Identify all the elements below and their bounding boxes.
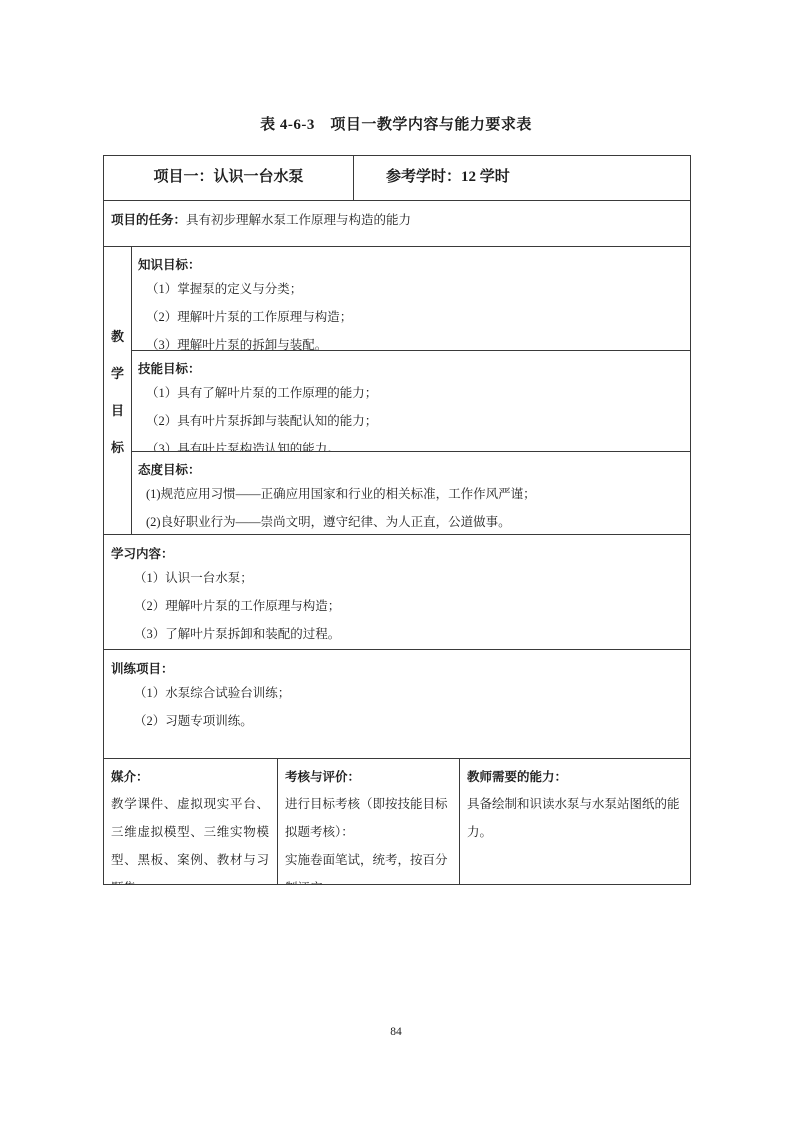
- skill-objectives-heading: 技能目标：: [132, 351, 690, 379]
- table-bottom-row: 媒介： 教学课件、虚拟现实平台、三维虚拟模型、三维实物模型、黑板、案例、教材与习…: [104, 758, 690, 884]
- training-items-row: 训练项目： （1）水泵综合试验台训练； （2）习题专项训练。: [104, 649, 690, 758]
- project-task-row: 项目的任务：具有初步理解水泵工作原理与构造的能力: [104, 200, 690, 246]
- knowledge-objectives-heading: 知识目标：: [132, 247, 690, 275]
- project-task-label: 项目的任务：: [111, 213, 186, 227]
- teacher-ability-text: 具备绘制和识读水泵与水泵站图纸的能力。: [467, 790, 682, 846]
- side-label-char: 目: [111, 400, 124, 419]
- teaching-objectives-side-label: 教 学 目 标: [104, 247, 132, 534]
- teaching-objectives-row: 教 学 目 标 知识目标： （1）掌握泵的定义与分类； （2）理解叶片泵的工作原…: [104, 246, 690, 534]
- project-task-text: 具有初步理解水泵工作原理与构造的能力: [186, 213, 411, 227]
- learning-content-heading: 学习内容：: [104, 535, 690, 564]
- training-items-heading: 训练项目：: [104, 650, 690, 679]
- assessment-cell: 考核与评价： 进行目标考核（即按技能目标拟题考核）： 实施卷面笔试，统考，按百分…: [277, 759, 459, 884]
- objective-item: (2)良好职业行为——崇尚文明，遵守纪律、为人正直，公道做事。: [132, 508, 690, 534]
- requirements-table: 项目一：认识一台水泵 参考学时：12 学时 项目的任务：具有初步理解水泵工作原理…: [103, 155, 691, 885]
- teacher-ability-heading: 教师需要的能力：: [467, 767, 682, 790]
- teacher-ability-cell: 教师需要的能力： 具备绘制和识读水泵与水泵站图纸的能力。: [459, 759, 690, 884]
- assessment-text-line: 实施卷面笔试，统考，按百分制评定。: [285, 846, 451, 884]
- learning-content-item: （3）了解叶片泵拆卸和装配的过程。: [104, 620, 690, 648]
- learning-content-row: 学习内容： （1）认识一台水泵； （2）理解叶片泵的工作原理与构造； （3）了解…: [104, 534, 690, 649]
- objective-item: （1）掌握泵的定义与分类；: [132, 275, 690, 303]
- attitude-objectives-heading: 态度目标：: [132, 452, 690, 480]
- assessment-text-line: 进行目标考核（即按技能目标拟题考核）：: [285, 790, 451, 846]
- assessment-heading: 考核与评价：: [285, 767, 451, 790]
- project-name-cell: 项目一：认识一台水泵: [104, 156, 354, 200]
- table-header-row: 项目一：认识一台水泵 参考学时：12 学时: [104, 156, 690, 200]
- side-label-char: 教: [111, 326, 124, 345]
- objective-item: （3）具有叶片泵构造认知的能力。: [132, 435, 690, 452]
- document-title: 表 4-6-3 项目一教学内容与能力要求表: [0, 113, 792, 134]
- learning-content-item: （2）理解叶片泵的工作原理与构造；: [104, 592, 690, 620]
- page-number: 84: [0, 1026, 792, 1038]
- media-text: 教学课件、虚拟现实平台、三维虚拟模型、三维实物模型、黑板、案例、教材与习题集。: [111, 790, 269, 884]
- objective-item: （2）理解叶片泵的工作原理与构造；: [132, 303, 690, 331]
- objectives-column: 知识目标： （1）掌握泵的定义与分类； （2）理解叶片泵的工作原理与构造； （3…: [132, 247, 690, 534]
- objective-item: （2）具有叶片泵拆卸与装配认知的能力；: [132, 407, 690, 435]
- learning-content-item: （1）认识一台水泵；: [104, 564, 690, 592]
- objective-item: （3）理解叶片泵的拆卸与装配。: [132, 331, 690, 350]
- attitude-objectives-section: 态度目标： (1)规范应用习惯——正确应用国家和行业的相关标准，工作作风严谨； …: [132, 451, 690, 534]
- side-label-char: 学: [111, 363, 124, 382]
- media-heading: 媒介：: [111, 767, 269, 790]
- knowledge-objectives-section: 知识目标： （1）掌握泵的定义与分类； （2）理解叶片泵的工作原理与构造； （3…: [132, 247, 690, 350]
- document-page: 表 4-6-3 项目一教学内容与能力要求表 项目一：认识一台水泵 参考学时：12…: [0, 0, 792, 1122]
- training-item: （2）习题专项训练。: [104, 707, 690, 735]
- training-item: （1）水泵综合试验台训练；: [104, 679, 690, 707]
- side-label-char: 标: [111, 437, 124, 456]
- objective-item: (1)规范应用习惯——正确应用国家和行业的相关标准，工作作风严谨；: [132, 480, 690, 508]
- reference-hours-cell: 参考学时：12 学时: [354, 156, 690, 200]
- objective-item: （1）具有了解叶片泵的工作原理的能力；: [132, 379, 690, 407]
- media-cell: 媒介： 教学课件、虚拟现实平台、三维虚拟模型、三维实物模型、黑板、案例、教材与习…: [104, 759, 277, 884]
- skill-objectives-section: 技能目标： （1）具有了解叶片泵的工作原理的能力； （2）具有叶片泵拆卸与装配认…: [132, 350, 690, 452]
